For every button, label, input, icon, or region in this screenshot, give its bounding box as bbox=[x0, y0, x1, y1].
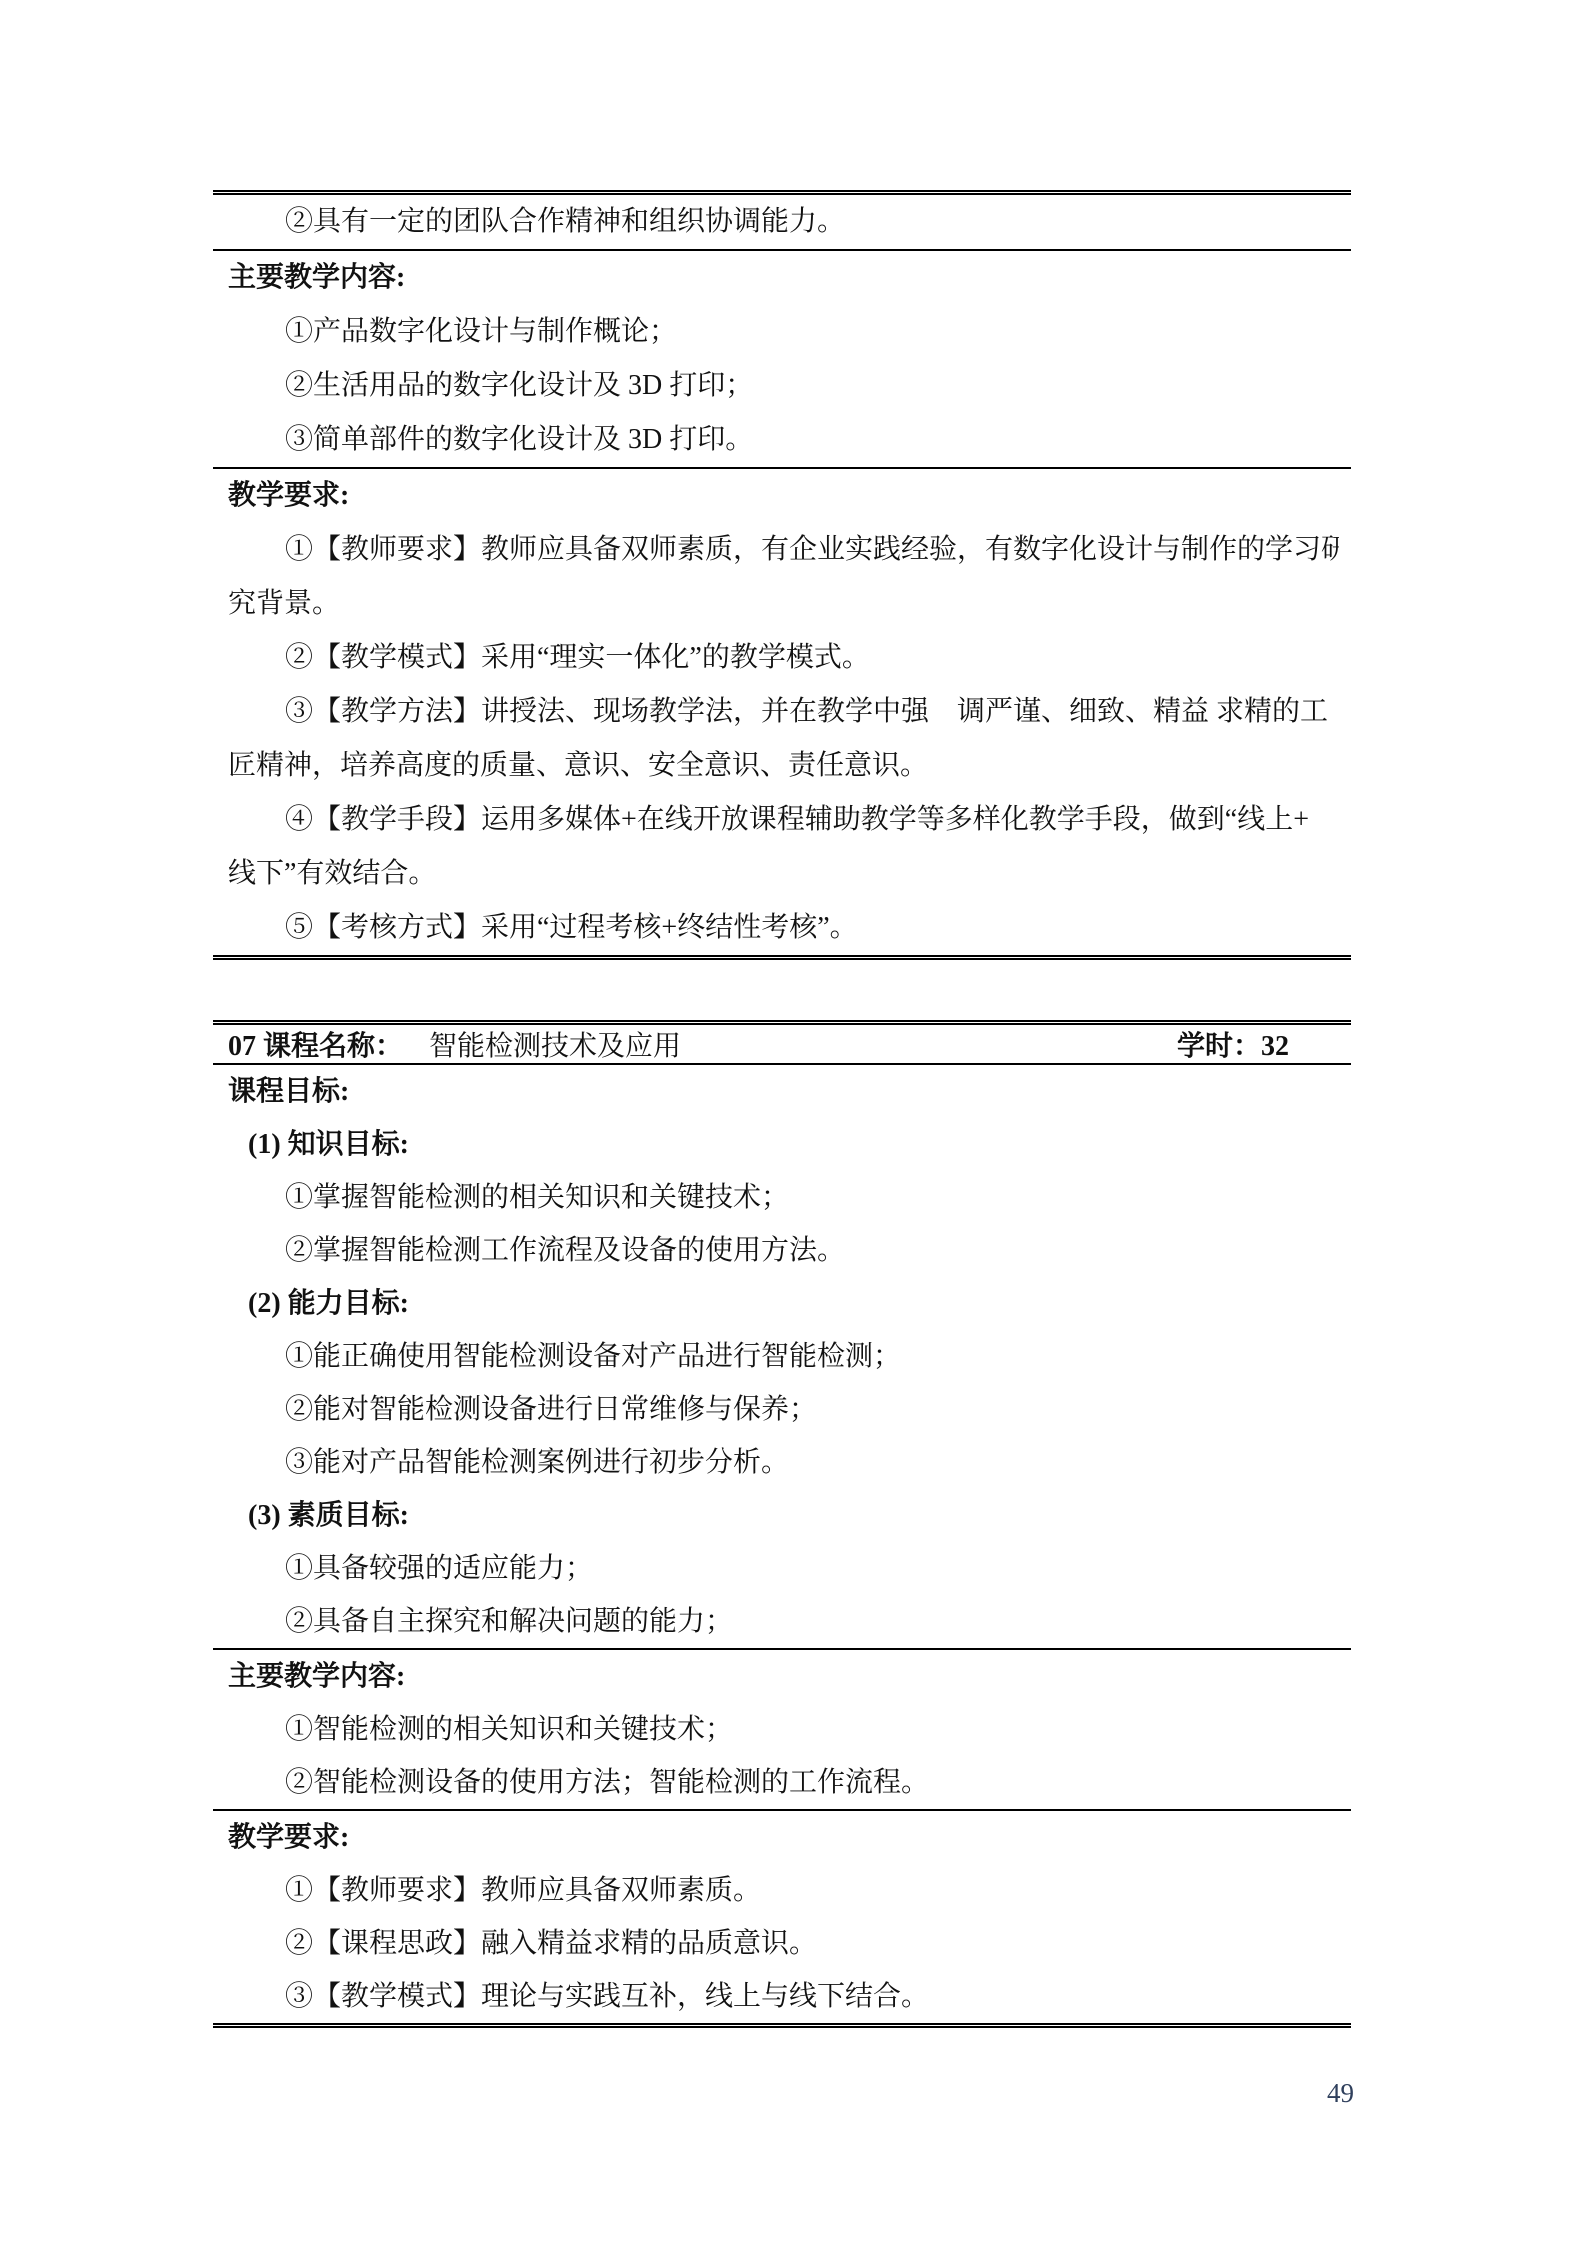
knowledge-goal-item-2: ②掌握智能检测工作流程及设备的使用方法。 bbox=[228, 1224, 1339, 1277]
page-number: 49 bbox=[1327, 2078, 1354, 2109]
req-item-1-line-2: 究背景。 bbox=[228, 577, 1339, 631]
main-content-heading: 主要教学内容: bbox=[228, 251, 1339, 305]
table-row-main-content: 主要教学内容: ①产品数字化设计与制作概论； ②生活用品的数字化设计及 3D 打… bbox=[213, 251, 1351, 469]
req07-item-1: ①【教师要求】教师应具备双师素质。 bbox=[228, 1864, 1339, 1917]
quality-goal-item-1: ①具备较强的适应能力； bbox=[228, 1542, 1339, 1595]
table-row-quality-goal-tail: ②具有一定的团队合作精神和组织协调能力。 bbox=[213, 195, 1351, 251]
req-item-5: ⑤【考核方式】采用“过程考核+终结性考核”。 bbox=[228, 901, 1339, 955]
course-number-label: 07 课程名称： bbox=[228, 1024, 403, 1064]
content07-item-2: ②智能检测设备的使用方法；智能检测的工作流程。 bbox=[228, 1756, 1339, 1809]
req-item-4-line-2: 线下”有效结合。 bbox=[228, 847, 1339, 901]
content-item-1: ①产品数字化设计与制作概论； bbox=[228, 305, 1339, 359]
course-header-row: 07 课程名称： 智能检测技术及应用 学时：32 bbox=[213, 1025, 1351, 1065]
req-item-1-line-1: ①【教师要求】教师应具备双师素质，有企业实践经验，有数字化设计与制作的学习研 bbox=[228, 523, 1339, 577]
main-content-heading-07: 主要教学内容: bbox=[228, 1650, 1339, 1703]
ability-goal-item-1: ①能正确使用智能检测设备对产品进行智能检测； bbox=[228, 1330, 1339, 1383]
ability-goal-item-2: ②能对智能检测设备进行日常维修与保养； bbox=[228, 1383, 1339, 1436]
ability-goal-item-3: ③能对产品智能检测案例进行初步分析。 bbox=[228, 1436, 1339, 1489]
content-item-3: ③简单部件的数字化设计及 3D 打印。 bbox=[228, 413, 1339, 467]
course-hours: 学时：32 bbox=[1177, 1024, 1289, 1064]
objectives-heading: 课程目标: bbox=[228, 1065, 1339, 1118]
req-item-4-line-1: ④【教学手段】运用多媒体+在线开放课程辅助教学等多样化教学手段，做到“线上+ bbox=[228, 793, 1339, 847]
table-row-main-content-07: 主要教学内容: ①智能检测的相关知识和关键技术； ②智能检测设备的使用方法；智能… bbox=[213, 1650, 1351, 1811]
course-name: 智能检测技术及应用 bbox=[429, 1024, 681, 1064]
req-item-3-line-2: 匠精神，培养高度的质量、意识、安全意识、责任意识。 bbox=[228, 739, 1339, 793]
knowledge-goal-item-1: ①掌握智能检测的相关知识和关键技术； bbox=[228, 1171, 1339, 1224]
content07-item-1: ①智能检测的相关知识和关键技术； bbox=[228, 1703, 1339, 1756]
req-item-3-line-1: ③【教学方法】讲授法、现场教学法，并在教学中强 调严谨、细致、精益 求精的工 bbox=[228, 685, 1339, 739]
table-row-course-objectives: 课程目标: (1) 知识目标: ①掌握智能检测的相关知识和关键技术； ②掌握智能… bbox=[213, 1065, 1351, 1650]
table-row-teaching-requirements-07: 教学要求: ①【教师要求】教师应具备双师素质。 ②【课程思政】融入精益求精的品质… bbox=[213, 1811, 1351, 2023]
req-item-2: ②【教学模式】采用“理实一体化”的教学模式。 bbox=[228, 631, 1339, 685]
quality-goal-item-2: ②具备自主探究和解决问题的能力； bbox=[228, 1595, 1339, 1648]
course07-table: 07 课程名称： 智能检测技术及应用 学时：32 课程目标: (1) 知识目标:… bbox=[213, 1020, 1351, 2028]
course06-table-continuation: ②具有一定的团队合作精神和组织协调能力。 主要教学内容: ①产品数字化设计与制作… bbox=[213, 190, 1351, 960]
req07-item-3: ③【教学模式】理论与实践互补，线上与线下结合。 bbox=[228, 1970, 1339, 2023]
requirements-heading: 教学要求: bbox=[228, 469, 1339, 523]
quality-goal-item: ②具有一定的团队合作精神和组织协调能力。 bbox=[228, 195, 1339, 249]
knowledge-goal-heading: (1) 知识目标: bbox=[228, 1118, 1339, 1171]
req07-item-2: ②【课程思政】融入精益求精的品质意识。 bbox=[228, 1917, 1339, 1970]
requirements-heading-07: 教学要求: bbox=[228, 1811, 1339, 1864]
content-item-2: ②生活用品的数字化设计及 3D 打印； bbox=[228, 359, 1339, 413]
table-row-teaching-requirements: 教学要求: ①【教师要求】教师应具备双师素质，有企业实践经验，有数字化设计与制作… bbox=[213, 469, 1351, 955]
ability-goal-heading: (2) 能力目标: bbox=[228, 1277, 1339, 1330]
quality-goal-heading: (3) 素质目标: bbox=[228, 1489, 1339, 1542]
